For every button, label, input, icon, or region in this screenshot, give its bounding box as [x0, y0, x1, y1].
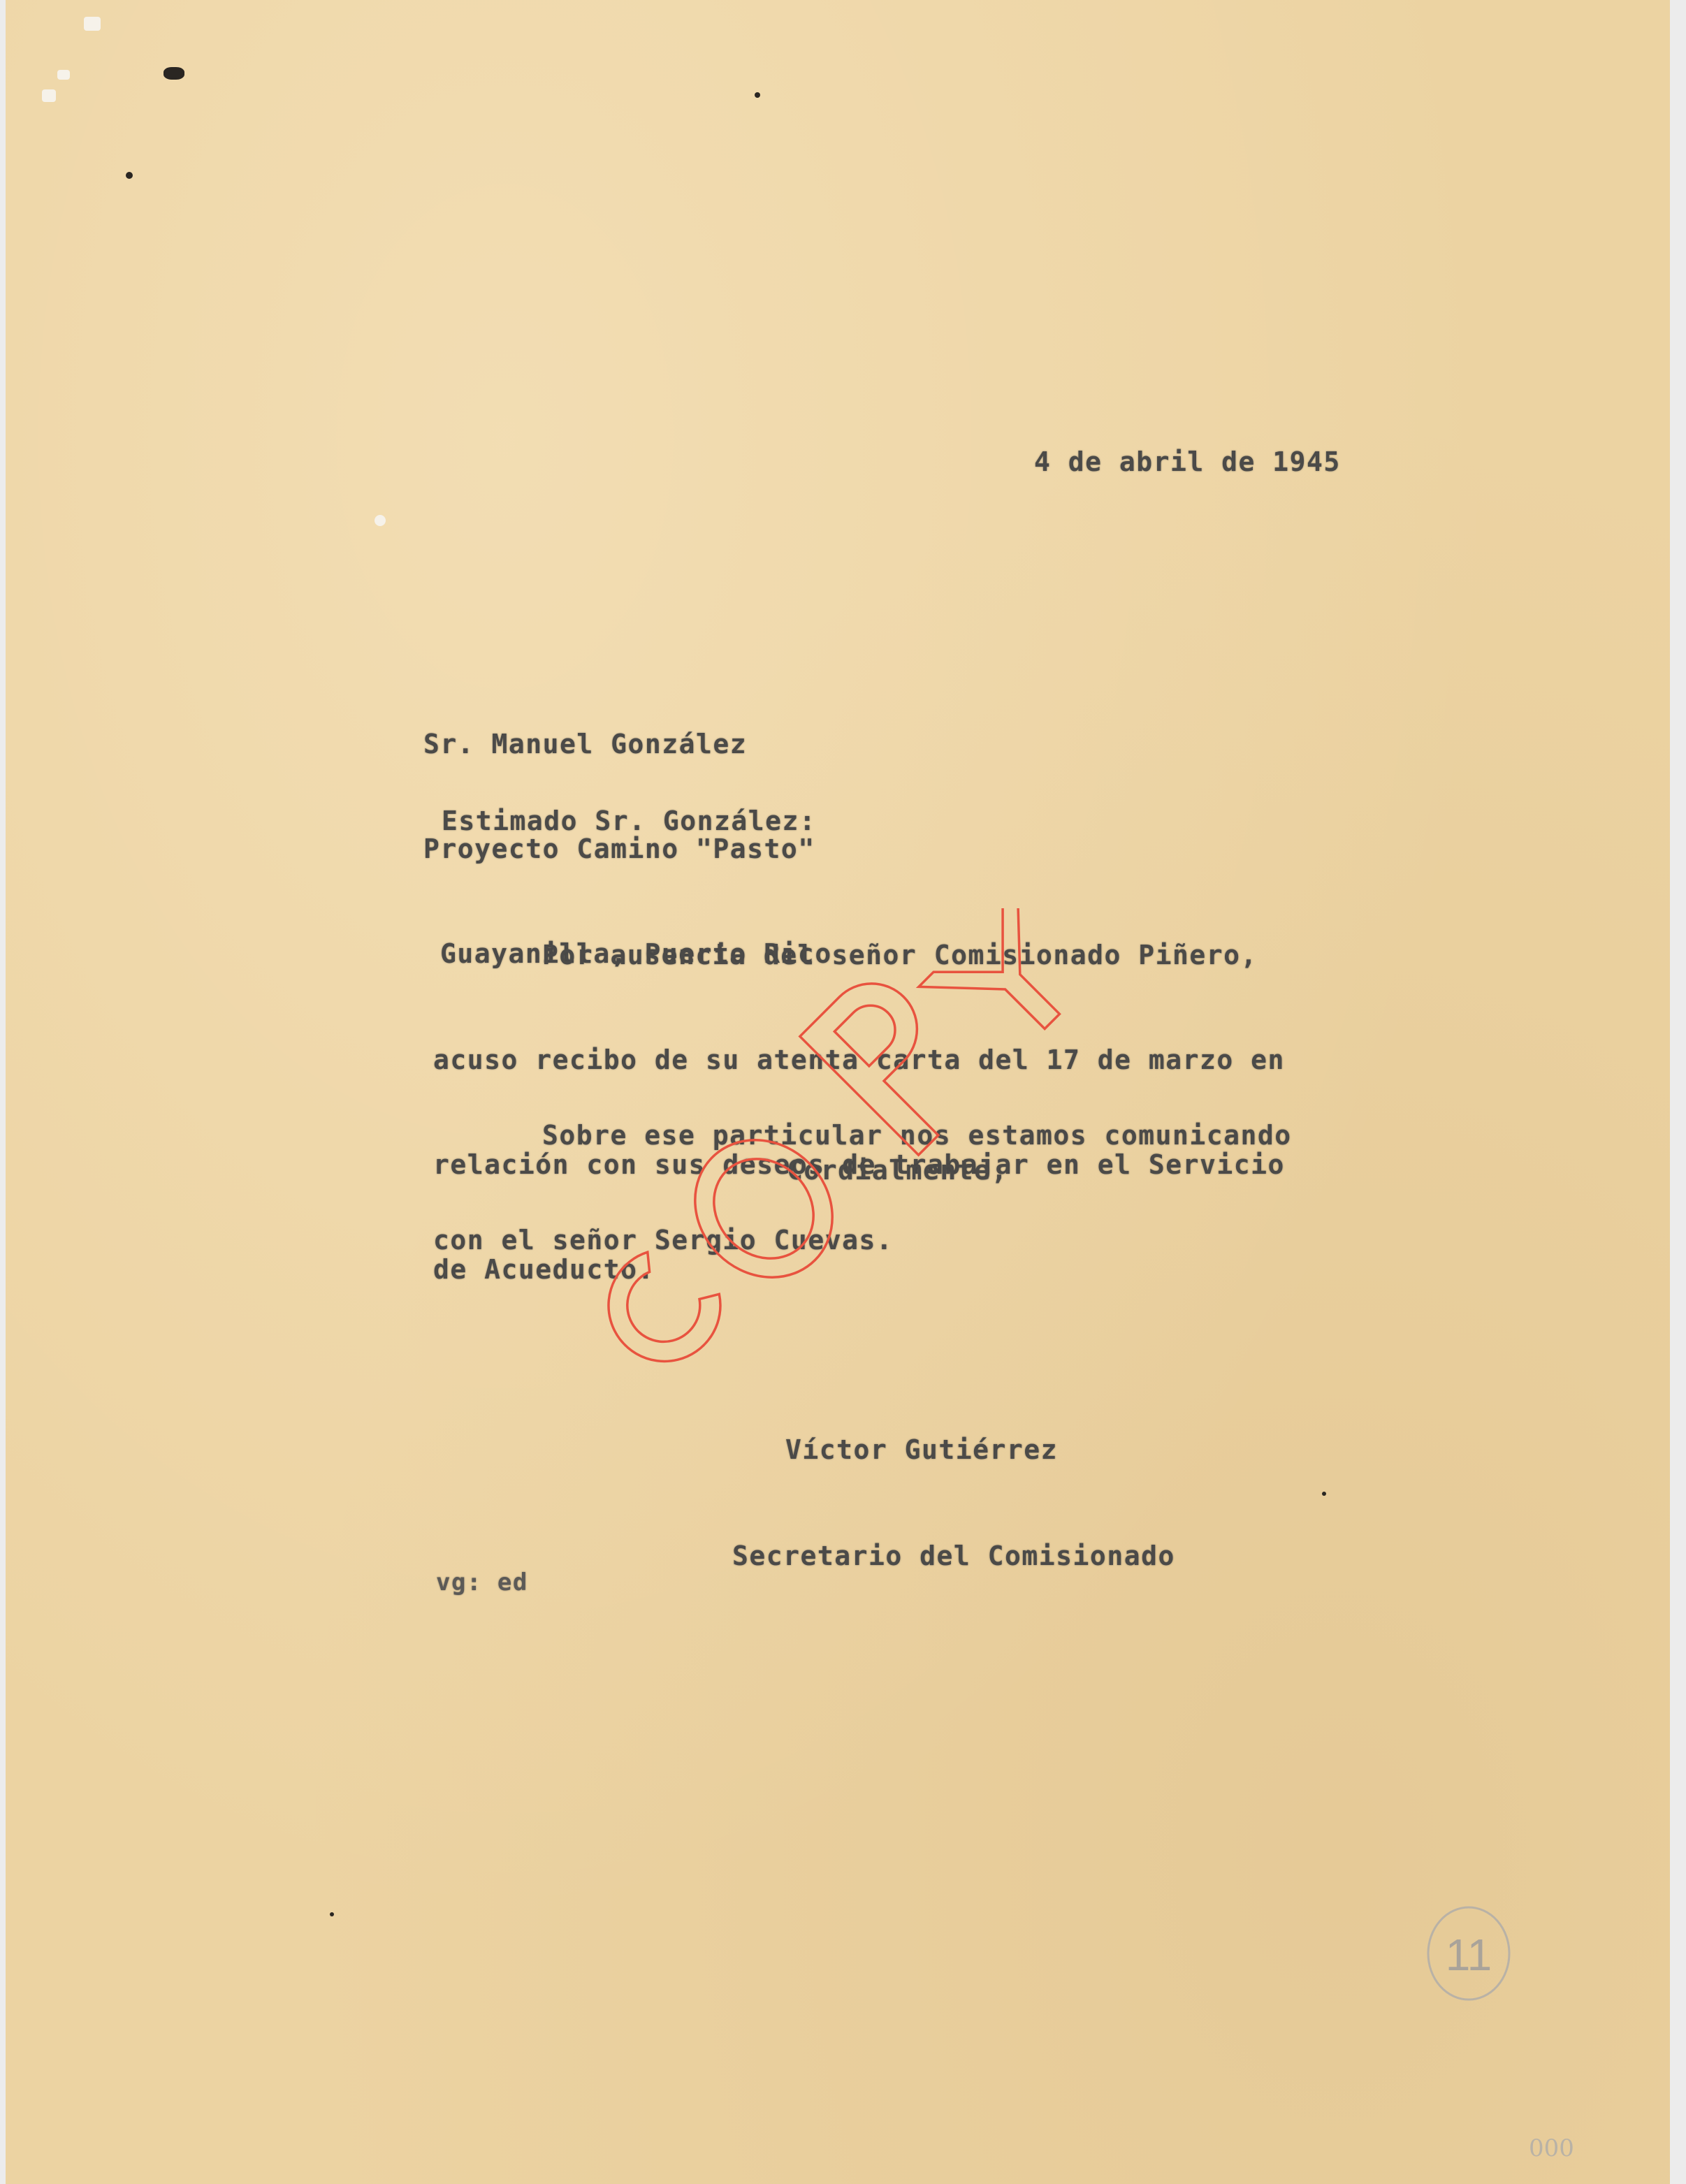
ink-speck — [1322, 1492, 1326, 1496]
ink-speck — [126, 172, 133, 179]
signer-name: Víctor Gutiérrez — [732, 1432, 1175, 1469]
ink-speck — [330, 1912, 334, 1916]
paper-hole — [375, 515, 386, 526]
letter-page: 4 de abril de 1945 Sr. Manuel González P… — [6, 0, 1670, 2184]
paper-tear-mark — [84, 17, 101, 31]
body-line: Por ausencia del señor Comisionado Piñer… — [433, 938, 1285, 973]
ink-speck — [163, 67, 184, 80]
reference-initials: vg: ed — [436, 1565, 528, 1600]
signature-block: Víctor Gutiérrez Secretario del Comision… — [732, 1362, 1175, 1645]
body-line: Sobre ese particular nos estamos comunic… — [433, 1118, 1292, 1153]
svg-text:11: 11 — [1446, 1930, 1492, 1980]
closing: Cordialmente, — [787, 1153, 1008, 1188]
signer-title: Secretario del Comisionado — [732, 1538, 1175, 1575]
recipient-name: Sr. Manuel González — [423, 727, 832, 762]
paper-tear-mark — [42, 89, 56, 102]
ink-speck — [755, 92, 760, 98]
paper-tear-mark — [57, 70, 70, 80]
salutation: Estimado Sr. González: — [442, 803, 816, 838]
body-line: con el señor Sergio Cuevas. — [433, 1223, 1292, 1258]
body-paragraph-2: Sobre ese particular nos estamos comunic… — [433, 1048, 1292, 1327]
pencil-page-number: 11 — [1424, 1900, 1515, 2005]
letter-date: 4 de abril de 1945 — [1034, 444, 1341, 479]
pencil-bottom-note: 000 — [1529, 2134, 1574, 2162]
